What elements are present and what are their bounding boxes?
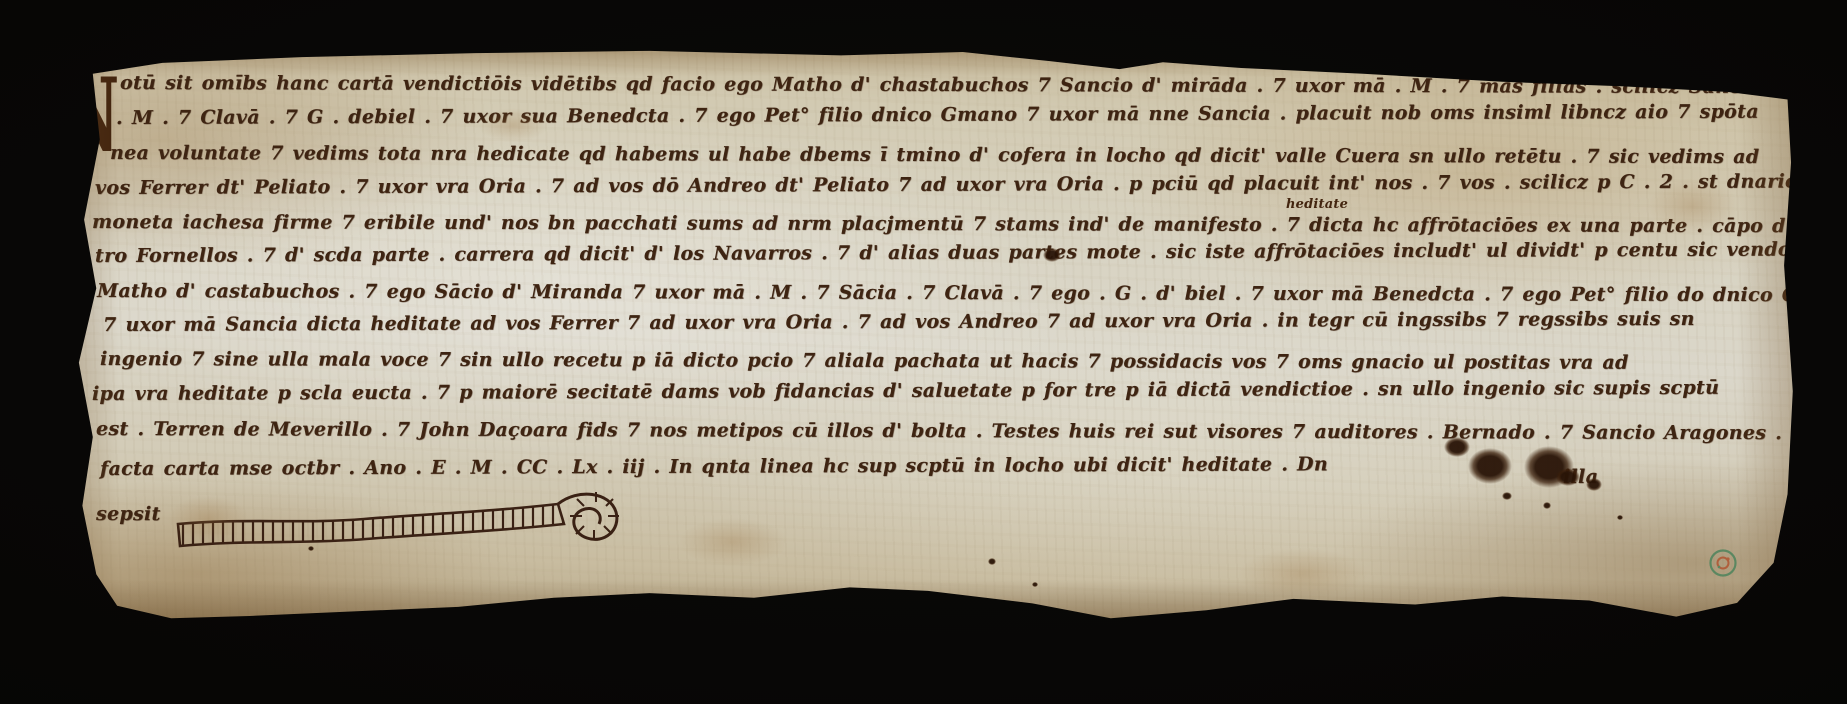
ink-spot xyxy=(308,546,314,551)
ink-blot xyxy=(1586,478,1602,491)
ink-spot xyxy=(988,558,996,565)
charter-text-line: ingenio 7 sine ulla mala voce 7 sin ullo… xyxy=(100,350,1629,373)
ink-spot xyxy=(1074,55,1088,65)
charter-text-line: nea voluntate 7 vedims tota nra hedicate… xyxy=(110,144,1759,167)
manuscript-photo: N otū sit omībs hanc cartā vendictiōis v… xyxy=(0,0,1847,704)
ink-blot xyxy=(1502,492,1512,500)
ink-blot xyxy=(1468,448,1512,484)
ink-blot xyxy=(1444,437,1470,457)
stain xyxy=(1648,178,1738,234)
archive-stamp xyxy=(1706,546,1740,580)
charter-text-line: vos Ferrer dt' Peliato . 7 uxor vra Oria… xyxy=(95,172,1808,198)
ink-spot xyxy=(1032,582,1038,587)
charter-text-line: est . Terren de Meverillo . 7 John Daçoa… xyxy=(96,420,1782,443)
ink-blot xyxy=(1556,468,1580,486)
ink-blot xyxy=(1543,502,1551,509)
stain xyxy=(168,496,248,540)
stain xyxy=(478,108,548,142)
stain xyxy=(1238,548,1368,600)
charter-text-line: 7 uxor mā Sancia dicta heditate ad vos F… xyxy=(103,310,1695,335)
charter-text-line: otū sit omībs hanc cartā vendictiōis vid… xyxy=(120,74,1800,97)
ink-blot xyxy=(1617,515,1623,520)
interlinear-addition: heditate xyxy=(1286,198,1348,211)
stain xyxy=(678,518,788,566)
charter-text-line: facta carta mse octbr . Ano . E . M . CC… xyxy=(100,455,1328,479)
ink-spot xyxy=(1043,248,1061,262)
charter-text-line: tro Fornellos . 7 d' scda parte . carrer… xyxy=(95,240,1839,266)
notary-subscription-word: sepsit xyxy=(96,505,161,524)
spiral-hatching xyxy=(570,492,619,540)
charter-text-line: ipa vra heditate p scla eucta . 7 p maio… xyxy=(92,379,1719,404)
parchment: N otū sit omībs hanc cartā vendictiōis v… xyxy=(58,48,1798,620)
charter-text-line: Matho d' castabuchos . 7 ego Sācio d' Mi… xyxy=(97,282,1847,305)
charter-text-line: . M . 7 Clavā . 7 G . debiel . 7 uxor su… xyxy=(116,103,1759,128)
notarial-sign xyxy=(158,488,703,583)
charter-text-line: moneta iachesa firme 7 eribile und' nos … xyxy=(92,213,1827,236)
